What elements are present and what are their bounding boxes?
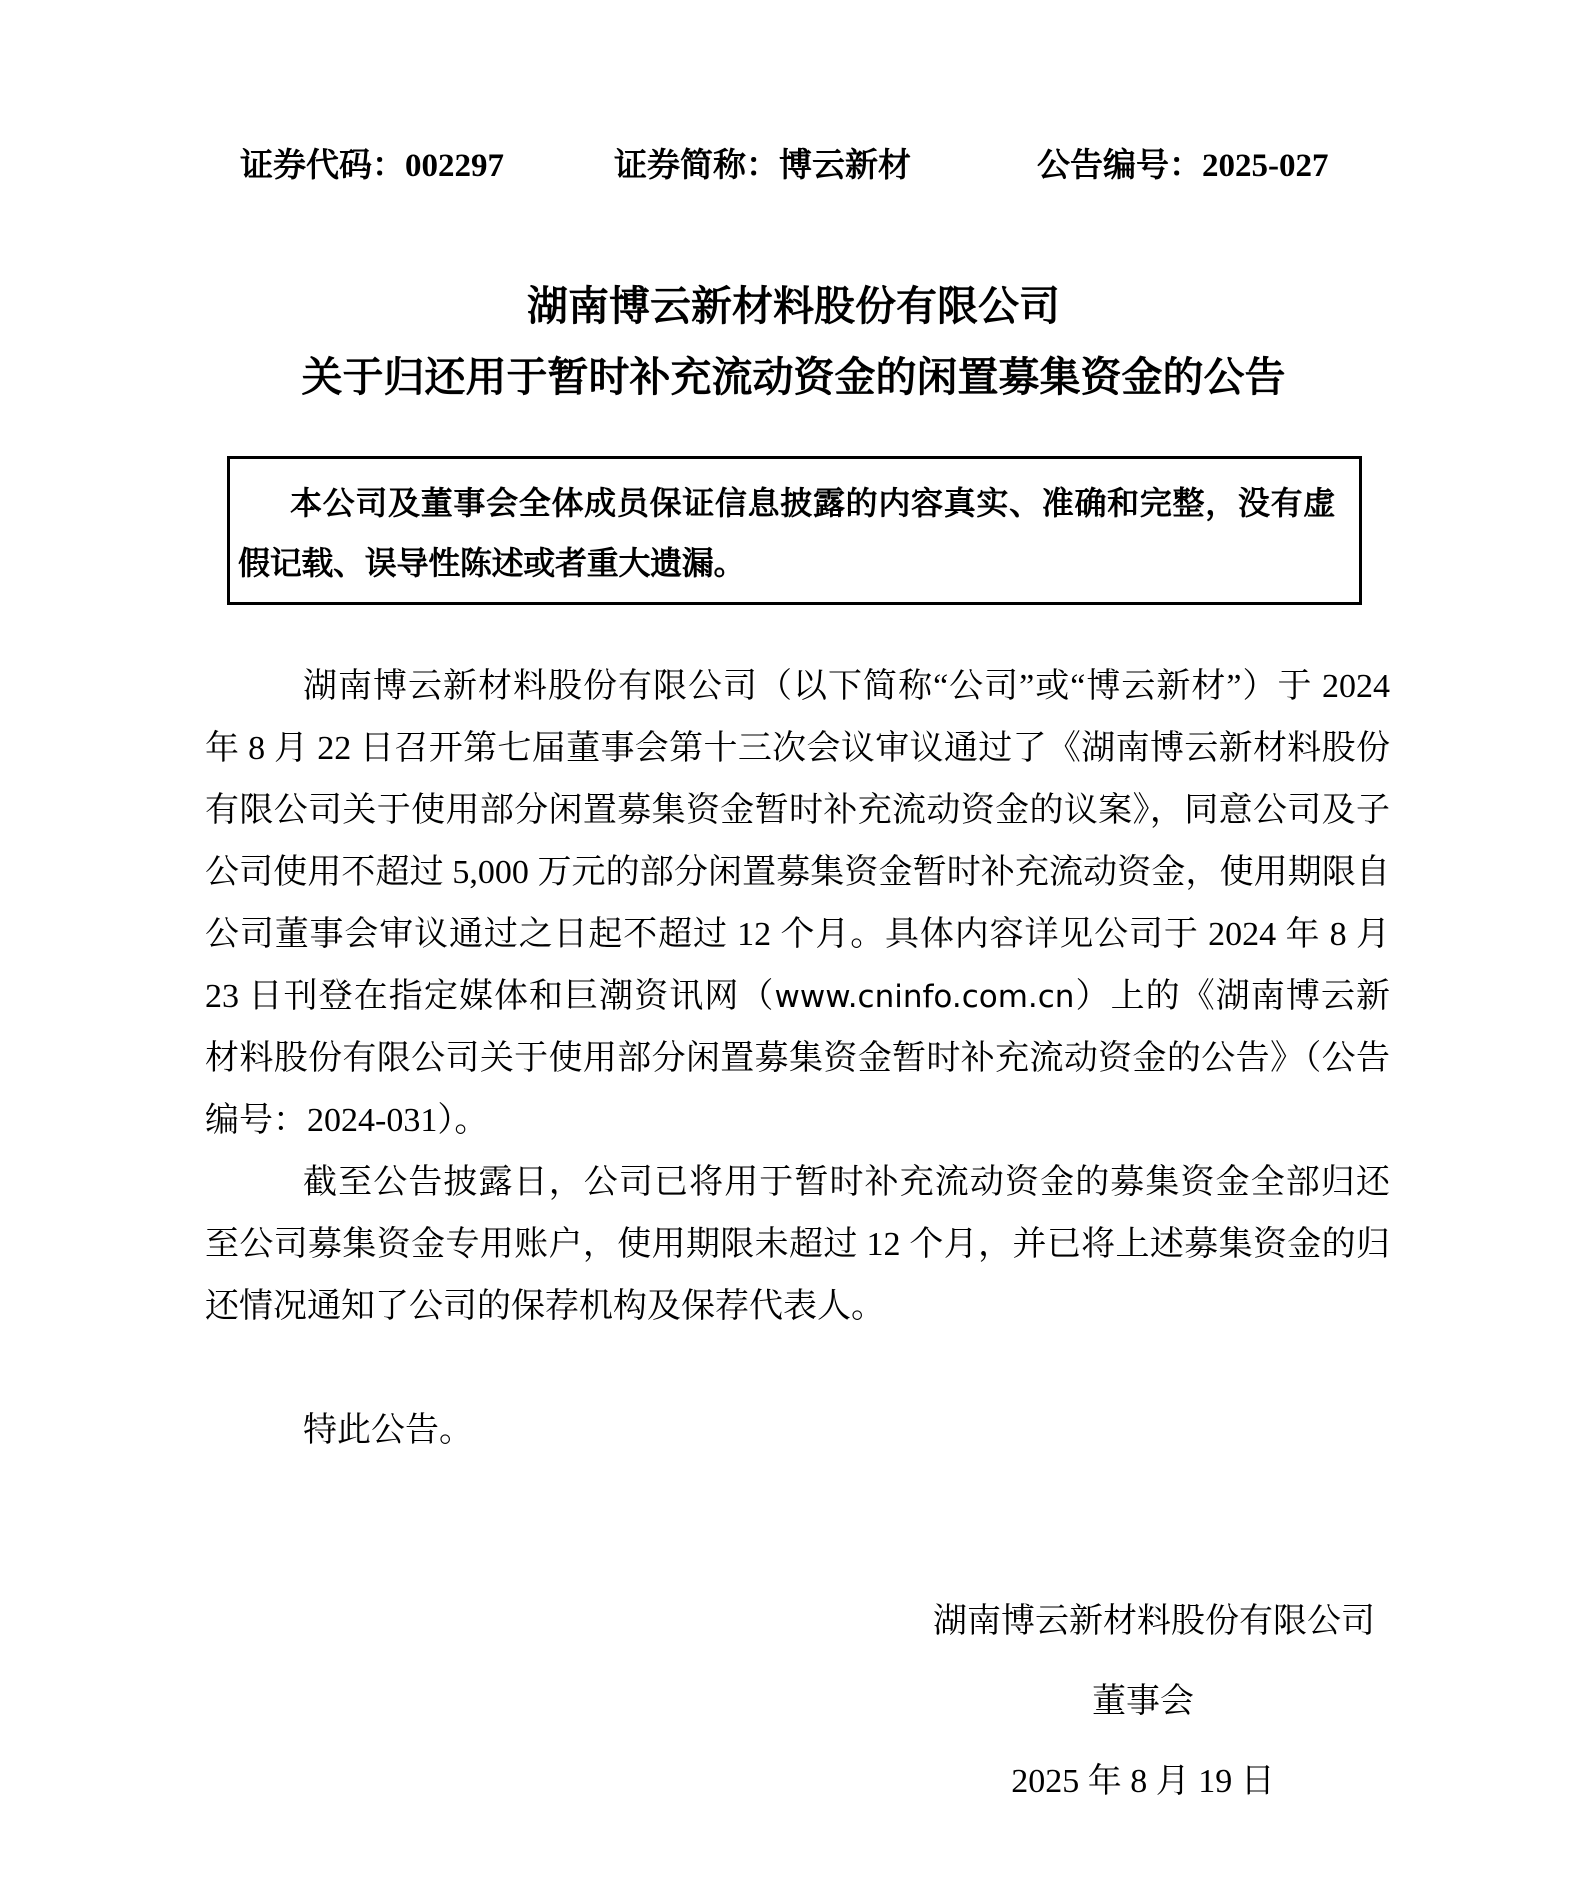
document-title: 湖南博云新材料股份有限公司 关于归还用于暂时补充流动资金的闲置募集资金的公告 [0, 271, 1587, 413]
disclaimer-box: 本公司及董事会全体成员保证信息披露的内容真实、准确和完整，没有虚假记载、误导性陈… [227, 456, 1362, 605]
announcement-document-page: 证券代码：002297 证券简称：博云新材 公告编号：2025-027 湖南博云… [0, 0, 1587, 1894]
body-paragraph-1: 湖南博云新材料股份有限公司（以下简称“公司”或“博云新材”）于 2024 年 8… [205, 656, 1390, 1152]
signature-date: 2025 年 8 月 19 日 [933, 1742, 1353, 1822]
document-header: 证券代码：002297 证券简称：博云新材 公告编号：2025-027 [0, 146, 1587, 190]
signature-company: 湖南博云新材料股份有限公司 [933, 1582, 1353, 1662]
paragraph-1-text-before-url: 湖南博云新材料股份有限公司（以下简称“公司”或“博云新材”）于 2024 年 8… [205, 668, 1390, 1015]
cninfo-url: www.cninfo.com.cn [774, 979, 1074, 1015]
signature-board: 董事会 [933, 1662, 1353, 1742]
document-body: 湖南博云新材料股份有限公司（以下简称“公司”或“博云新材”）于 2024 年 8… [205, 656, 1390, 1462]
disclaimer-text: 本公司及董事会全体成员保证信息披露的内容真实、准确和完整，没有虚假记载、误导性陈… [238, 485, 1335, 581]
announcement-number: 公告编号：2025-027 [1037, 146, 1329, 186]
company-title-line: 湖南博云新材料股份有限公司 [0, 271, 1587, 342]
body-paragraph-2: 截至公告披露日，公司已将用于暂时补充流动资金的募集资金全部归还至公司募集资金专用… [205, 1152, 1390, 1338]
announcement-title-line: 关于归还用于暂时补充流动资金的闲置募集资金的公告 [0, 342, 1587, 413]
stock-code: 证券代码：002297 [240, 146, 504, 186]
closing-statement: 特此公告。 [205, 1400, 1390, 1462]
signature-block: 湖南博云新材料股份有限公司 董事会 2025 年 8 月 19 日 [933, 1582, 1353, 1822]
stock-abbreviation: 证券简称：博云新材 [614, 146, 911, 186]
